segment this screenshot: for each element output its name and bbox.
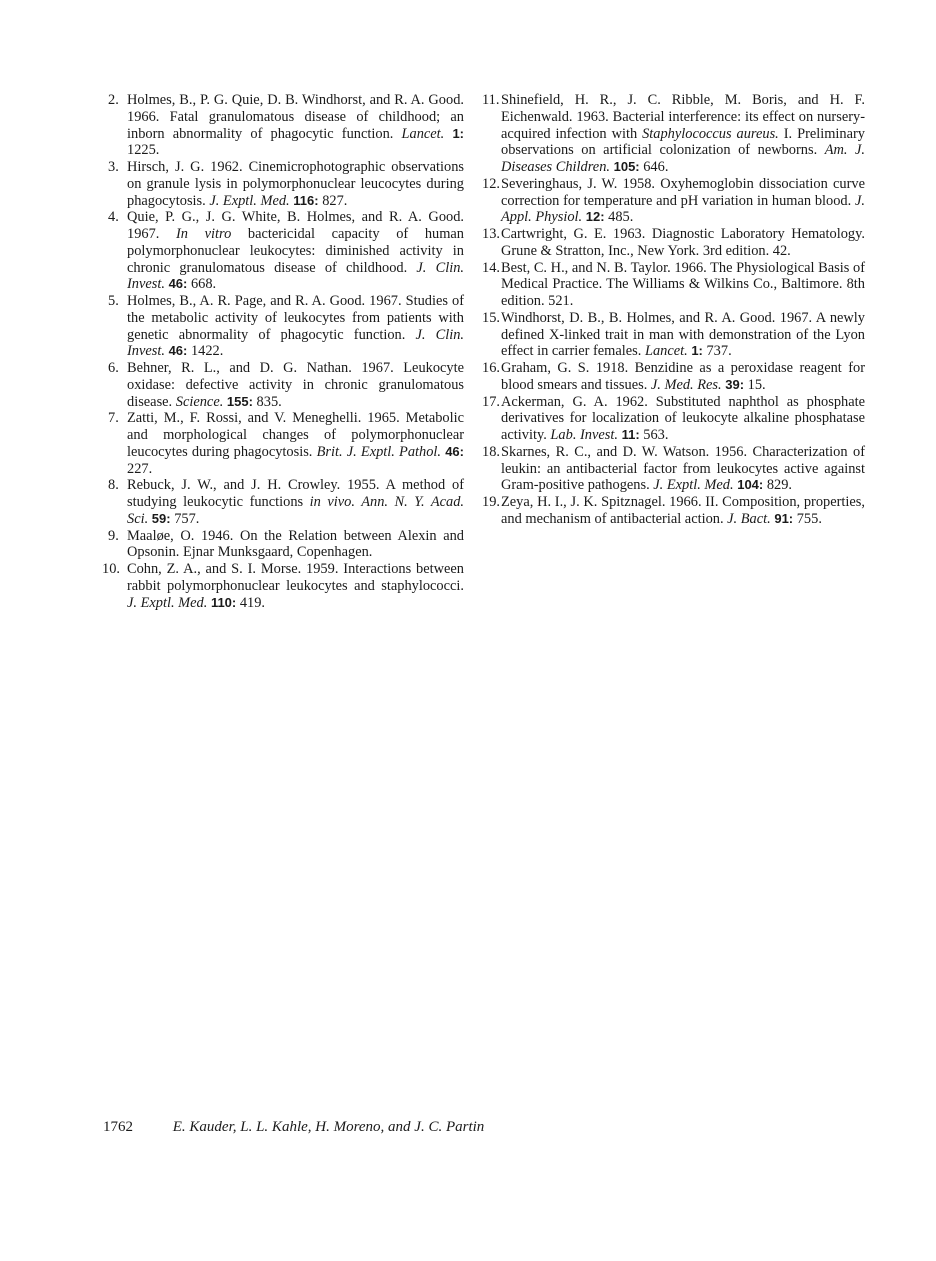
reference-item: 8.Rebuck, J. W., and J. H. Crowley. 1955… [108, 477, 464, 527]
reference-number: 8. [108, 477, 123, 494]
journal-title: Brit. J. Exptl. Pathol. [317, 444, 441, 460]
reference-text: Maaløe, O. 1946. On the Relation between… [127, 528, 464, 561]
reference-text: 835. [253, 394, 282, 410]
reference-text: 419. [236, 595, 265, 611]
reference-number: 10. [102, 561, 123, 578]
reference-number: 13. [482, 226, 498, 243]
reference-item: 7.Zatti, M., F. Rossi, and V. Meneghelli… [108, 410, 464, 477]
reference-item: 2.Holmes, B., P. G. Quie, D. B. Windhors… [108, 92, 464, 159]
running-authors: E. Kauder, L. L. Kahle, H. Moreno, and J… [173, 1119, 485, 1135]
references-column-right: 11.Shinefield, H. R., J. C. Ribble, M. B… [483, 92, 865, 528]
references-column-left: 2.Holmes, B., P. G. Quie, D. B. Windhors… [108, 92, 464, 611]
reference-text: 646. [640, 159, 669, 175]
reference-item: 14.Best, C. H., and N. B. Taylor. 1966. … [483, 260, 865, 310]
volume-number: 1: [691, 343, 703, 358]
volume-number: 105: [614, 159, 640, 174]
volume-number: 155: [227, 394, 253, 409]
reference-item: 19.Zeya, H. I., J. K. Spitznagel. 1966. … [483, 494, 865, 528]
journal-title: J. Exptl. Med. [127, 595, 207, 611]
reference-text: Severinghaus, J. W. 1958. Oxyhemoglobin … [501, 176, 865, 209]
reference-number: 15. [482, 310, 498, 327]
volume-number: 39: [725, 377, 744, 392]
reference-text: Cartwright, G. E. 1963. Diagnostic Labor… [501, 226, 865, 259]
reference-number: 14. [482, 260, 498, 277]
journal-title: Lancet. [645, 343, 688, 359]
journal-title: J. Bact. [727, 511, 771, 527]
reference-item: 11.Shinefield, H. R., J. C. Ribble, M. B… [483, 92, 865, 176]
reference-item: 17.Ackerman, G. A. 1962. Substituted nap… [483, 394, 865, 444]
reference-item: 3.Hirsch, J. G. 1962. Cinemicrophotograp… [108, 159, 464, 209]
volume-number: 59: [152, 511, 171, 526]
reference-text: 485. [605, 209, 634, 225]
journal-title: Lab. Invest. [550, 427, 618, 443]
reference-item: 18.Skarnes, R. C., and D. W. Watson. 195… [483, 444, 865, 494]
reference-number: 11. [482, 92, 498, 109]
reference-number: 19. [482, 494, 498, 511]
reference-number: 17. [482, 394, 498, 411]
reference-text: 755. [793, 511, 822, 527]
reference-number: 6. [108, 360, 123, 377]
volume-number: 46: [169, 343, 188, 358]
reference-text: Best, C. H., and N. B. Taylor. 1966. The… [501, 260, 865, 310]
volume-number: 1: [452, 126, 464, 141]
reference-item: 13.Cartwright, G. E. 1963. Diagnostic La… [483, 226, 865, 260]
reference-text: 15. [744, 377, 766, 393]
journal-title: J. Exptl. Med. [209, 193, 289, 209]
journal-title: J. Exptl. Med. [653, 477, 733, 493]
volume-number: 91: [774, 511, 793, 526]
reference-text: 563. [640, 427, 669, 443]
reference-item: 9.Maaløe, O. 1946. On the Relation betwe… [108, 528, 464, 562]
volume-number: 104: [737, 477, 763, 492]
reference-text: Cohn, Z. A., and S. I. Morse. 1959. Inte… [127, 561, 464, 594]
journal-title: Lancet. [402, 126, 445, 142]
reference-item: 16.Graham, G. S. 1918. Benzidine as a pe… [483, 360, 865, 394]
reference-number: 18. [482, 444, 498, 461]
reference-number: 3. [108, 159, 123, 176]
reference-item: 10.Cohn, Z. A., and S. I. Morse. 1959. I… [108, 561, 464, 611]
reference-number: 4. [108, 209, 123, 226]
reference-text: 737. [703, 343, 732, 359]
reference-text: 1422. [187, 343, 223, 359]
reference-text: 829. [763, 477, 792, 493]
volume-number: 11: [622, 427, 640, 442]
reference-item: 12.Severinghaus, J. W. 1958. Oxyhemoglob… [483, 176, 865, 226]
journal-title: Science. [176, 394, 224, 410]
volume-number: 46: [169, 276, 188, 291]
page-number: 1762 [103, 1119, 169, 1136]
reference-item: 4.Quie, P. G., J. G. White, B. Holmes, a… [108, 209, 464, 293]
reference-item: 15.Windhorst, D. B., B. Holmes, and R. A… [483, 310, 865, 360]
journal-title: Staphylococcus aureus. [642, 126, 779, 142]
reference-number: 16. [482, 360, 498, 377]
volume-number: 46: [445, 444, 464, 459]
page-footer: 1762 E. Kauder, L. L. Kahle, H. Moreno, … [103, 1119, 484, 1136]
reference-number: 5. [108, 293, 123, 310]
reference-item: 6.Behner, R. L., and D. G. Nathan. 1967.… [108, 360, 464, 410]
reference-number: 12. [482, 176, 498, 193]
volume-number: 116: [293, 193, 318, 208]
journal-title: J. Med. Res. [651, 377, 722, 393]
volume-number: 12: [586, 209, 605, 224]
reference-text: 757. [171, 511, 200, 527]
reference-text: 1225. [127, 142, 159, 158]
reference-number: 7. [108, 410, 123, 427]
reference-text: 827. [319, 193, 348, 209]
reference-number: 2. [108, 92, 123, 109]
reference-item: 5.Holmes, B., A. R. Page, and R. A. Good… [108, 293, 464, 360]
journal-title: In vitro [176, 226, 231, 242]
volume-number: 110: [211, 595, 236, 610]
reference-text: 668. [187, 276, 216, 292]
reference-number: 9. [108, 528, 123, 545]
reference-text: Holmes, B., A. R. Page, and R. A. Good. … [127, 293, 464, 343]
reference-text: 227. [127, 461, 152, 477]
